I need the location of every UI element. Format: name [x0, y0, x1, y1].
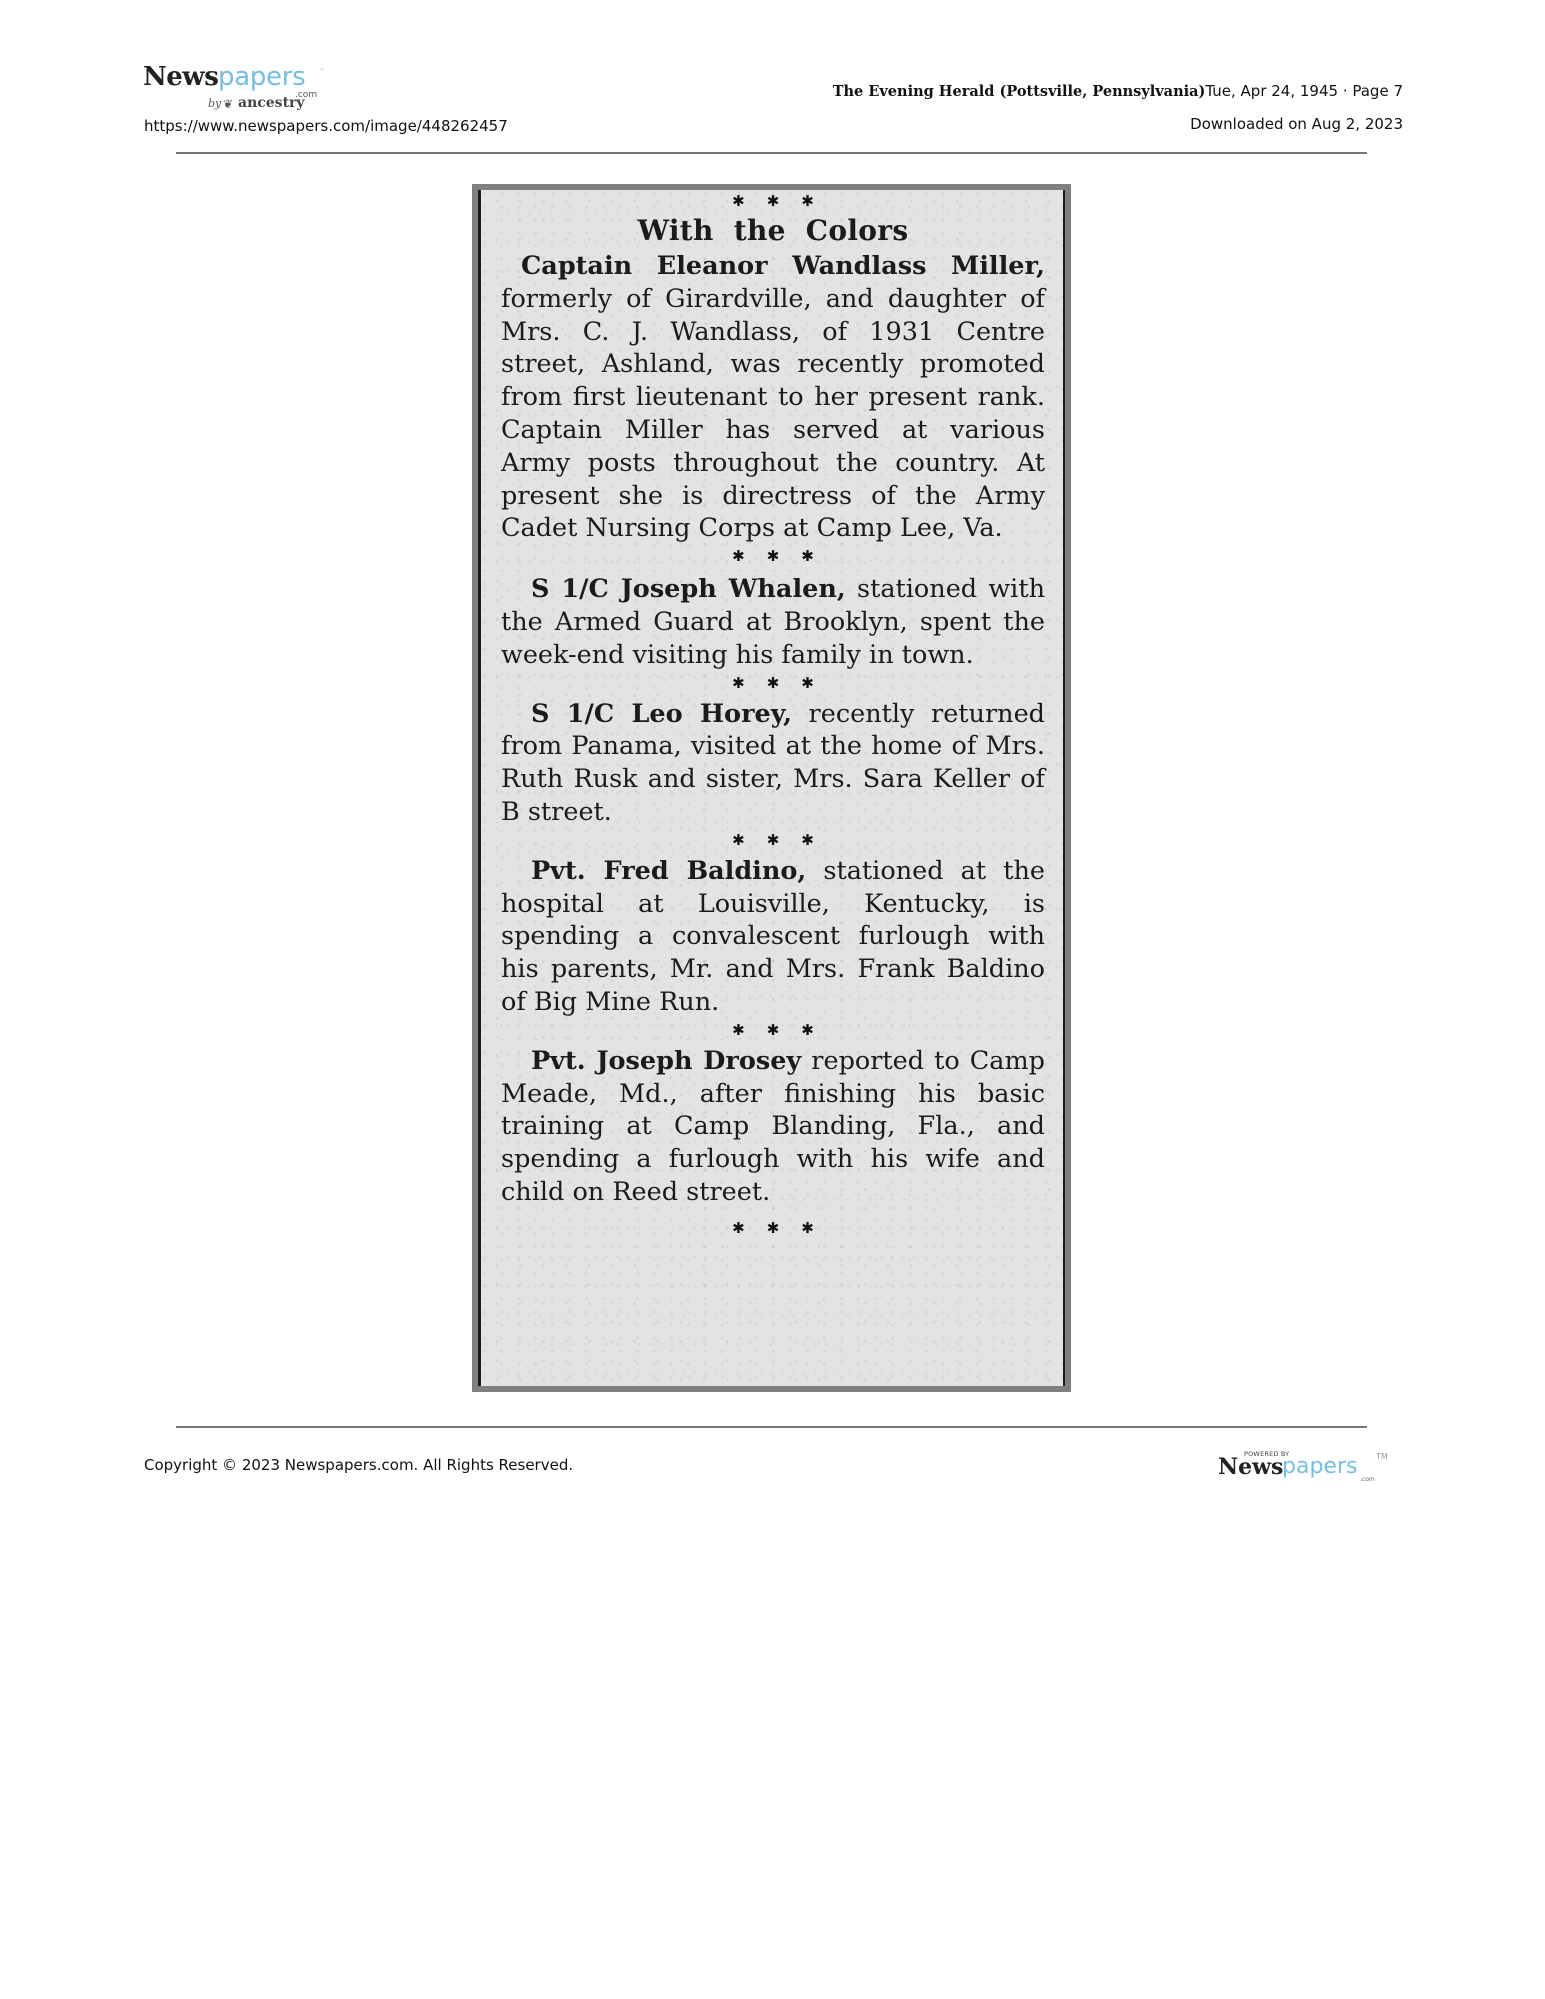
footer-divider — [176, 1426, 1367, 1428]
logo-ancestry-text: ancestry — [238, 95, 305, 111]
clipping-headline: With the Colors — [501, 212, 1045, 250]
news-item-lead: S 1/C Leo Horey, — [531, 699, 792, 729]
separator-stars: ✱✱✱ — [501, 829, 1045, 851]
news-item: Captain Eleanor Wandlass Miller, formerl… — [501, 250, 1045, 545]
powered-logo-news: News — [1218, 1454, 1283, 1480]
newspapers-by-ancestry-logo: News papers ™ .com by ❦ ancestry — [143, 62, 333, 114]
logo-trademark: ™ — [319, 68, 325, 75]
copyright-notice: Copyright © 2023 Newspapers.com. All Rig… — [144, 1456, 573, 1474]
news-item: Pvt. Fred Baldino, stationed at the hosp… — [501, 855, 1045, 1019]
news-item: S 1/C Leo Horey, recently returned from … — [501, 698, 1045, 829]
separator-stars: ✱✱✱ — [501, 190, 1045, 212]
separator-stars: ✱✱✱ — [501, 545, 1045, 567]
clipping-page: ✱✱✱ With the Colors Captain Eleanor Wand… — [478, 190, 1065, 1386]
powered-by-newspapers-logo: POWERED BY News papers TM .com — [1218, 1448, 1398, 1488]
powered-logo-trademark: TM — [1376, 1452, 1388, 1461]
separator-stars: ✱✱✱ — [501, 1217, 1045, 1239]
separator-stars: ✱✱✱ — [501, 672, 1045, 694]
logo-by-text: by — [208, 97, 221, 110]
image-url[interactable]: https://www.newspapers.com/image/4482624… — [144, 117, 508, 135]
publication-name: The Evening Herald (Pottsville, Pennsylv… — [833, 83, 1206, 100]
news-item-lead: Pvt. Joseph Drosey — [531, 1046, 801, 1076]
download-date: Downloaded on Aug 2, 2023 — [1190, 115, 1403, 133]
news-item: S 1/C Joseph Whalen, stationed with the … — [501, 573, 1045, 671]
news-item: Pvt. Joseph Drosey reported to Camp Mead… — [501, 1045, 1045, 1209]
news-item-lead: Pvt. Fred Baldino, — [531, 856, 806, 886]
news-item-lead: S 1/C Joseph Whalen, — [531, 574, 846, 604]
publication-info: The Evening Herald (Pottsville, Pennsylv… — [833, 82, 1403, 100]
separator-stars: ✱✱✱ — [501, 1019, 1045, 1041]
news-item-body: formerly of Girardville, and daughter of… — [501, 284, 1045, 544]
logo-papers-text: papers — [218, 62, 305, 92]
publication-date-page: Tue, Apr 24, 1945 · Page 7 — [1205, 82, 1403, 100]
newspaper-clipping: ✱✱✱ With the Colors Captain Eleanor Wand… — [472, 184, 1071, 1392]
header-divider — [176, 152, 1367, 154]
news-item-lead: Captain Eleanor Wandlass Miller, — [521, 251, 1045, 281]
powered-logo-papers: papers — [1282, 1454, 1357, 1479]
logo-news-text: News — [143, 62, 218, 92]
ancestry-leaf-icon: ❦ — [223, 97, 233, 111]
powered-logo-dotcom: .com — [1360, 1476, 1375, 1483]
